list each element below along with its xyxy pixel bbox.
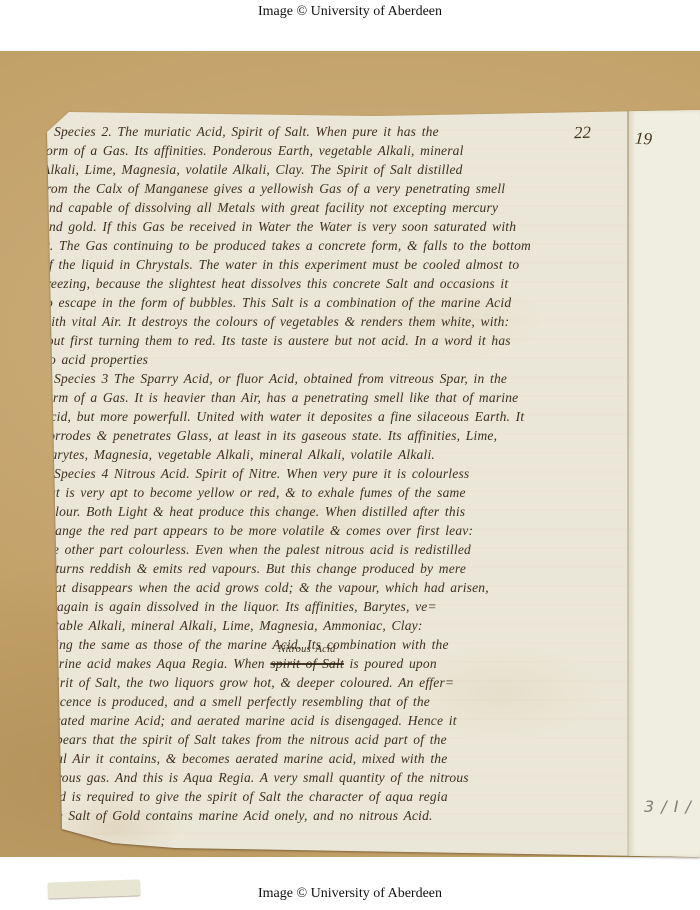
scan-mount-board: Species 2. The muriatic Acid, Spirit of … [0, 51, 700, 857]
manuscript-line: Barytes, Magnesia, vegetable Alkali, min… [42, 445, 627, 464]
adjacent-page-edge [629, 110, 700, 857]
manuscript-line: marine acid makes Aqua Regia. When Nitro… [42, 654, 627, 673]
manuscript-line: form of a Gas. Its affinities. Ponderous… [42, 141, 627, 160]
manuscript-text: Species 2. The muriatic Acid, Spirit of … [42, 122, 627, 825]
copyright-caption-top: Image © University of Aberdeen [0, 4, 700, 20]
manuscript-line: heat disappears when the acid grows cold… [42, 578, 627, 597]
manuscript-line: Species 3 The Sparry Acid, or fluor Acid… [42, 369, 627, 388]
manuscript-line: and capable of dissolving all Metals wit… [42, 198, 627, 217]
manuscript-page: Species 2. The muriatic Acid, Spirit of … [35, 110, 700, 857]
manuscript-line: nitrous gas. And this is Aqua Regia. A v… [42, 768, 627, 787]
manuscript-line: it turns reddish & emits red vapours. Bu… [42, 559, 627, 578]
manuscript-line: and gold. If this Gas be received in Wat… [42, 217, 627, 236]
manuscript-line: :out first turning them to red. Its tast… [42, 331, 627, 350]
page-number-22: 22 [574, 123, 592, 144]
manuscript-line: with vital Air. It destroys the colours … [42, 312, 627, 331]
struck-out-word: spirit of Salt [270, 656, 344, 671]
manuscript-line: appears that the spirit of Salt takes fr… [42, 730, 627, 749]
pencil-shelfmark: 3 / I / [644, 797, 692, 816]
manuscript-line: it. The Gas continuing to be produced ta… [42, 236, 627, 255]
manuscript-line: Acid, but more powerfull. United with wa… [42, 407, 627, 426]
manuscript-line: getable Alkali, mineral Alkali, Lime, Ma… [42, 616, 627, 635]
manuscript-line: no acid properties [42, 350, 627, 369]
manuscript-line: colour. Both Light & heat produce this c… [42, 502, 627, 521]
manuscript-line: acid is required to give the spirit of S… [42, 787, 627, 806]
manuscript-line: Alkali, Lime, Magnesia, volatile Alkali,… [42, 160, 627, 179]
manuscript-line: vescence is produced, and a smell perfec… [42, 692, 627, 711]
manuscript-line: freezing, because the slightest heat dis… [42, 274, 627, 293]
manuscript-line: from the Calx of Manganese gives a yello… [42, 179, 627, 198]
inserted-word-above: Nitrous Acid [278, 645, 335, 655]
manuscript-line: is again is again dissolved in the liquo… [42, 597, 627, 616]
manuscript-line: Species 2. The muriatic Acid, Spirit of … [42, 122, 627, 141]
manuscript-page-wrap: Species 2. The muriatic Acid, Spirit of … [35, 110, 700, 857]
manuscript-line: to escape in the form of bubbles. This S… [42, 293, 627, 312]
manuscript-line: aerated marine Acid; and aerated marine … [42, 711, 627, 730]
manuscript-line: Spirit of Salt, the two liquors grow hot… [42, 673, 627, 692]
copyright-caption-bottom: Image © University of Aberdeen [0, 886, 700, 902]
manuscript-line: form of a Gas. It is heavier than Air, h… [42, 388, 627, 407]
page-number-19: 19 [634, 128, 652, 149]
manuscript-line: of the liquid in Chrystals. The water in… [42, 255, 627, 274]
amendment-pre-text: marine acid makes Aqua Regia. When [42, 656, 270, 671]
amendment-post-text: is poured upon [344, 656, 437, 671]
manuscript-line: The Salt of Gold contains marine Acid on… [42, 806, 627, 825]
amendment: Nitrous Acidspirit of Salt [270, 654, 344, 673]
manuscript-line: but is very apt to become yellow or red,… [42, 483, 627, 502]
screenshot-canvas: Image © University of Aberdeen Species 2… [0, 0, 700, 910]
manuscript-line: change the red part appears to be more v… [42, 521, 627, 540]
manuscript-line: corrodes & penetrates Glass, at least in… [42, 426, 627, 445]
manuscript-line: Species 4 Nitrous Acid. Spirit of Nitre.… [42, 464, 627, 483]
manuscript-line: vital Air it contains, & becomes aerated… [42, 749, 627, 768]
manuscript-line: the other part colourless. Even when the… [42, 540, 627, 559]
